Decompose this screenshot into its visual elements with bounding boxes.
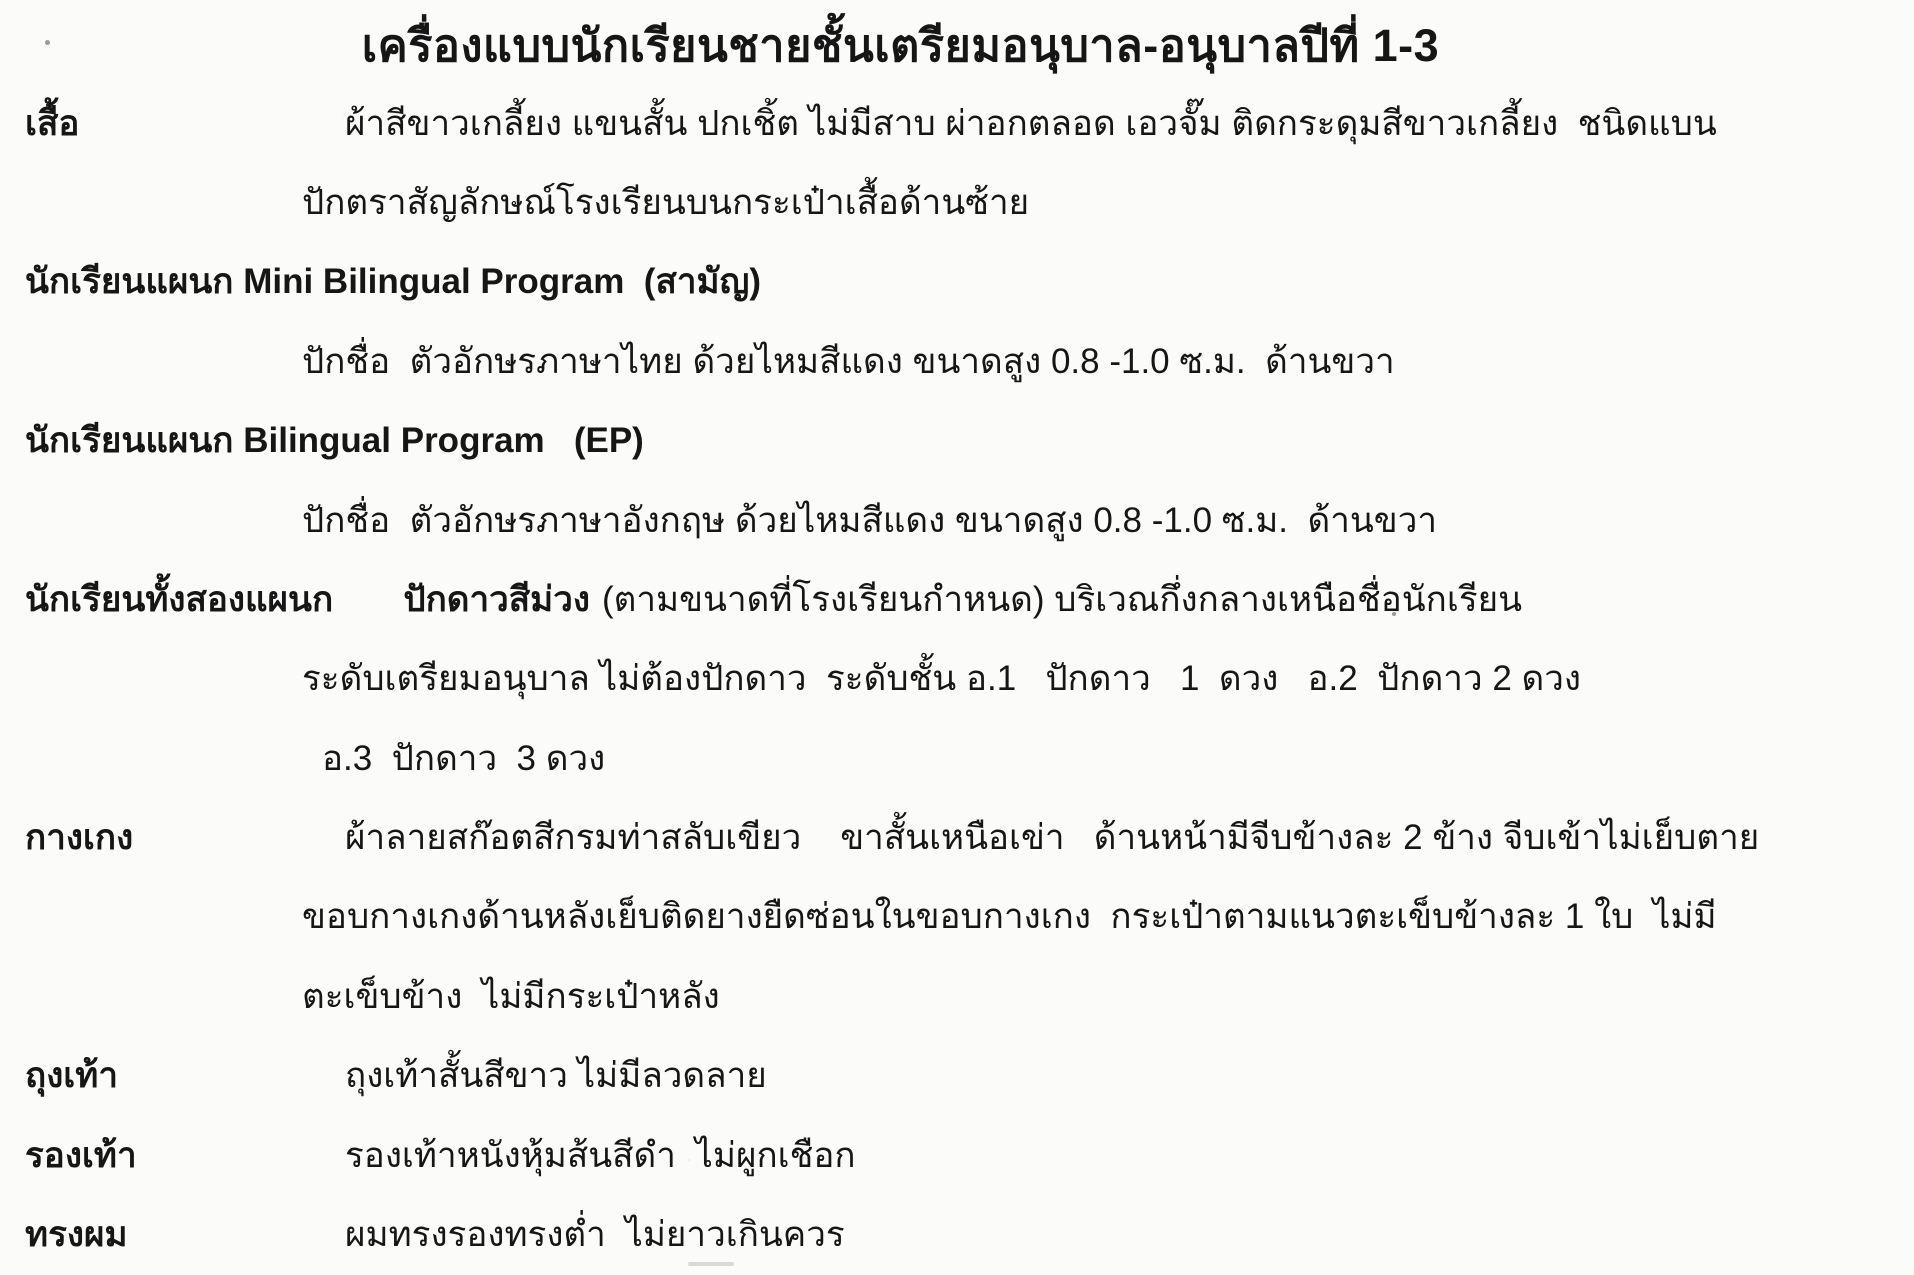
row-mini-program-heading: นักเรียนแผนก Mini Bilingual Program (สาม… [25,243,1886,322]
row-trousers-cont1: ขอบกางเกงด้านหลังเย็บติดยางยืดซ่อนในขอบก… [25,878,1886,957]
trousers-desc-line1: ผ้าลายสก๊อตสีกรมท่าสลับเขียว ขาสั้นเหนือ… [345,818,1759,858]
page-title: เครื่องแบบนักเรียนชายชั้นเตรียมอนุบาล-อน… [0,6,1831,84]
row-ep-program-heading: นักเรียนแผนก Bilingual Program (EP) [25,402,1886,481]
hair-label: ทรงผม [25,1215,345,1255]
row-shoes: รองเท้า รองเท้าหนังหุ้มส้นสีดำ ไม่ผูกเชื… [25,1116,1886,1195]
mini-program-heading: นักเรียนแผนก Mini Bilingual Program (สาม… [25,262,761,302]
hair-desc: ผมทรงรองทรงต่ำ ไม่ยาวเกินควร [345,1215,845,1255]
row-trousers: กางเกง ผ้าลายสก๊อตสีกรมท่าสลับเขียว ขาสั… [25,799,1886,878]
scan-speck [45,40,50,45]
row-mini-program-detail: ปักชื่อ ตัวอักษรภาษาไทย ด้วยไหมสีแดง ขนา… [25,322,1886,401]
star-levels-line1: ระดับเตรียมอนุบาล ไม่ต้องปักดาว ระดับชั้… [302,659,1581,699]
scan-speck [688,1262,734,1266]
row-shirt: เสื้อ ผ้าสีขาวเกลี้ยง แขนสั้น ปกเชิ้ต ไม… [25,84,1886,163]
shirt-label: เสื้อ [25,104,345,144]
purple-star-bold-text: ปักดาวสีม่วง [403,580,590,619]
purple-star-detail: (ตามขนาดที่โรงเรียนกำหนด) บริเวณกึ่งกลาง… [602,580,1522,619]
row-hair: ทรงผม ผมทรงรองทรงต่ำ ไม่ยาวเกินควร [25,1195,1886,1274]
mini-program-embroidery-line: ปักชื่อ ตัวอักษรภาษาไทย ด้วยไหมสีแดง ขนา… [302,342,1395,382]
socks-desc: ถุงเท้าสั้นสีขาว ไม่มีลวดลาย [345,1056,767,1096]
star-levels-line2: อ.3 ปักดาว 3 ดวง [322,739,605,779]
ep-program-heading: นักเรียนแผนก Bilingual Program (EP) [25,421,644,461]
row-both-programs: นักเรียนทั้งสองแผนก ปักดาวสีม่วง(ตามขนาด… [25,560,1886,639]
shirt-desc-line1: ผ้าสีขาวเกลี้ยง แขนสั้น ปกเชิ้ต ไม่มีสาบ… [345,104,1717,144]
document-page: เครื่องแบบนักเรียนชายชั้นเตรียมอนุบาล-อน… [0,0,1914,1275]
both-programs-label: นักเรียนทั้งสองแผนก [25,580,345,620]
shoes-desc: รองเท้าหนังหุ้มส้นสีดำ ไม่ผูกเชือก [345,1136,856,1176]
scan-speck [1392,612,1396,616]
trousers-desc-line3: ตะเข็บข้าง ไม่มีกระเป๋าหลัง [302,977,720,1017]
socks-label: ถุงเท้า [25,1056,345,1096]
both-programs-desc: ปักดาวสีม่วง(ตามขนาดที่โรงเรียนกำหนด) บร… [345,540,1522,661]
row-socks: ถุงเท้า ถุงเท้าสั้นสีขาว ไม่มีลวดลาย [25,1037,1886,1116]
row-star-levels-2: อ.3 ปักดาว 3 ดวง [25,719,1886,798]
shirt-desc-line2: ปักตราสัญลักษณ์โรงเรียนบนกระเป๋าเสื้อด้า… [302,183,1029,223]
row-trousers-cont2: ตะเข็บข้าง ไม่มีกระเป๋าหลัง [25,957,1886,1036]
trousers-label: กางเกง [25,818,345,858]
row-shirt-cont: ปักตราสัญลักษณ์โรงเรียนบนกระเป๋าเสื้อด้า… [25,163,1886,242]
trousers-desc-line2: ขอบกางเกงด้านหลังเย็บติดยางยืดซ่อนในขอบก… [302,897,1717,937]
ep-program-embroidery-line: ปักชื่อ ตัวอักษรภาษาอังกฤษ ด้วยไหมสีแดง … [302,501,1437,541]
shoes-label: รองเท้า [25,1136,345,1176]
